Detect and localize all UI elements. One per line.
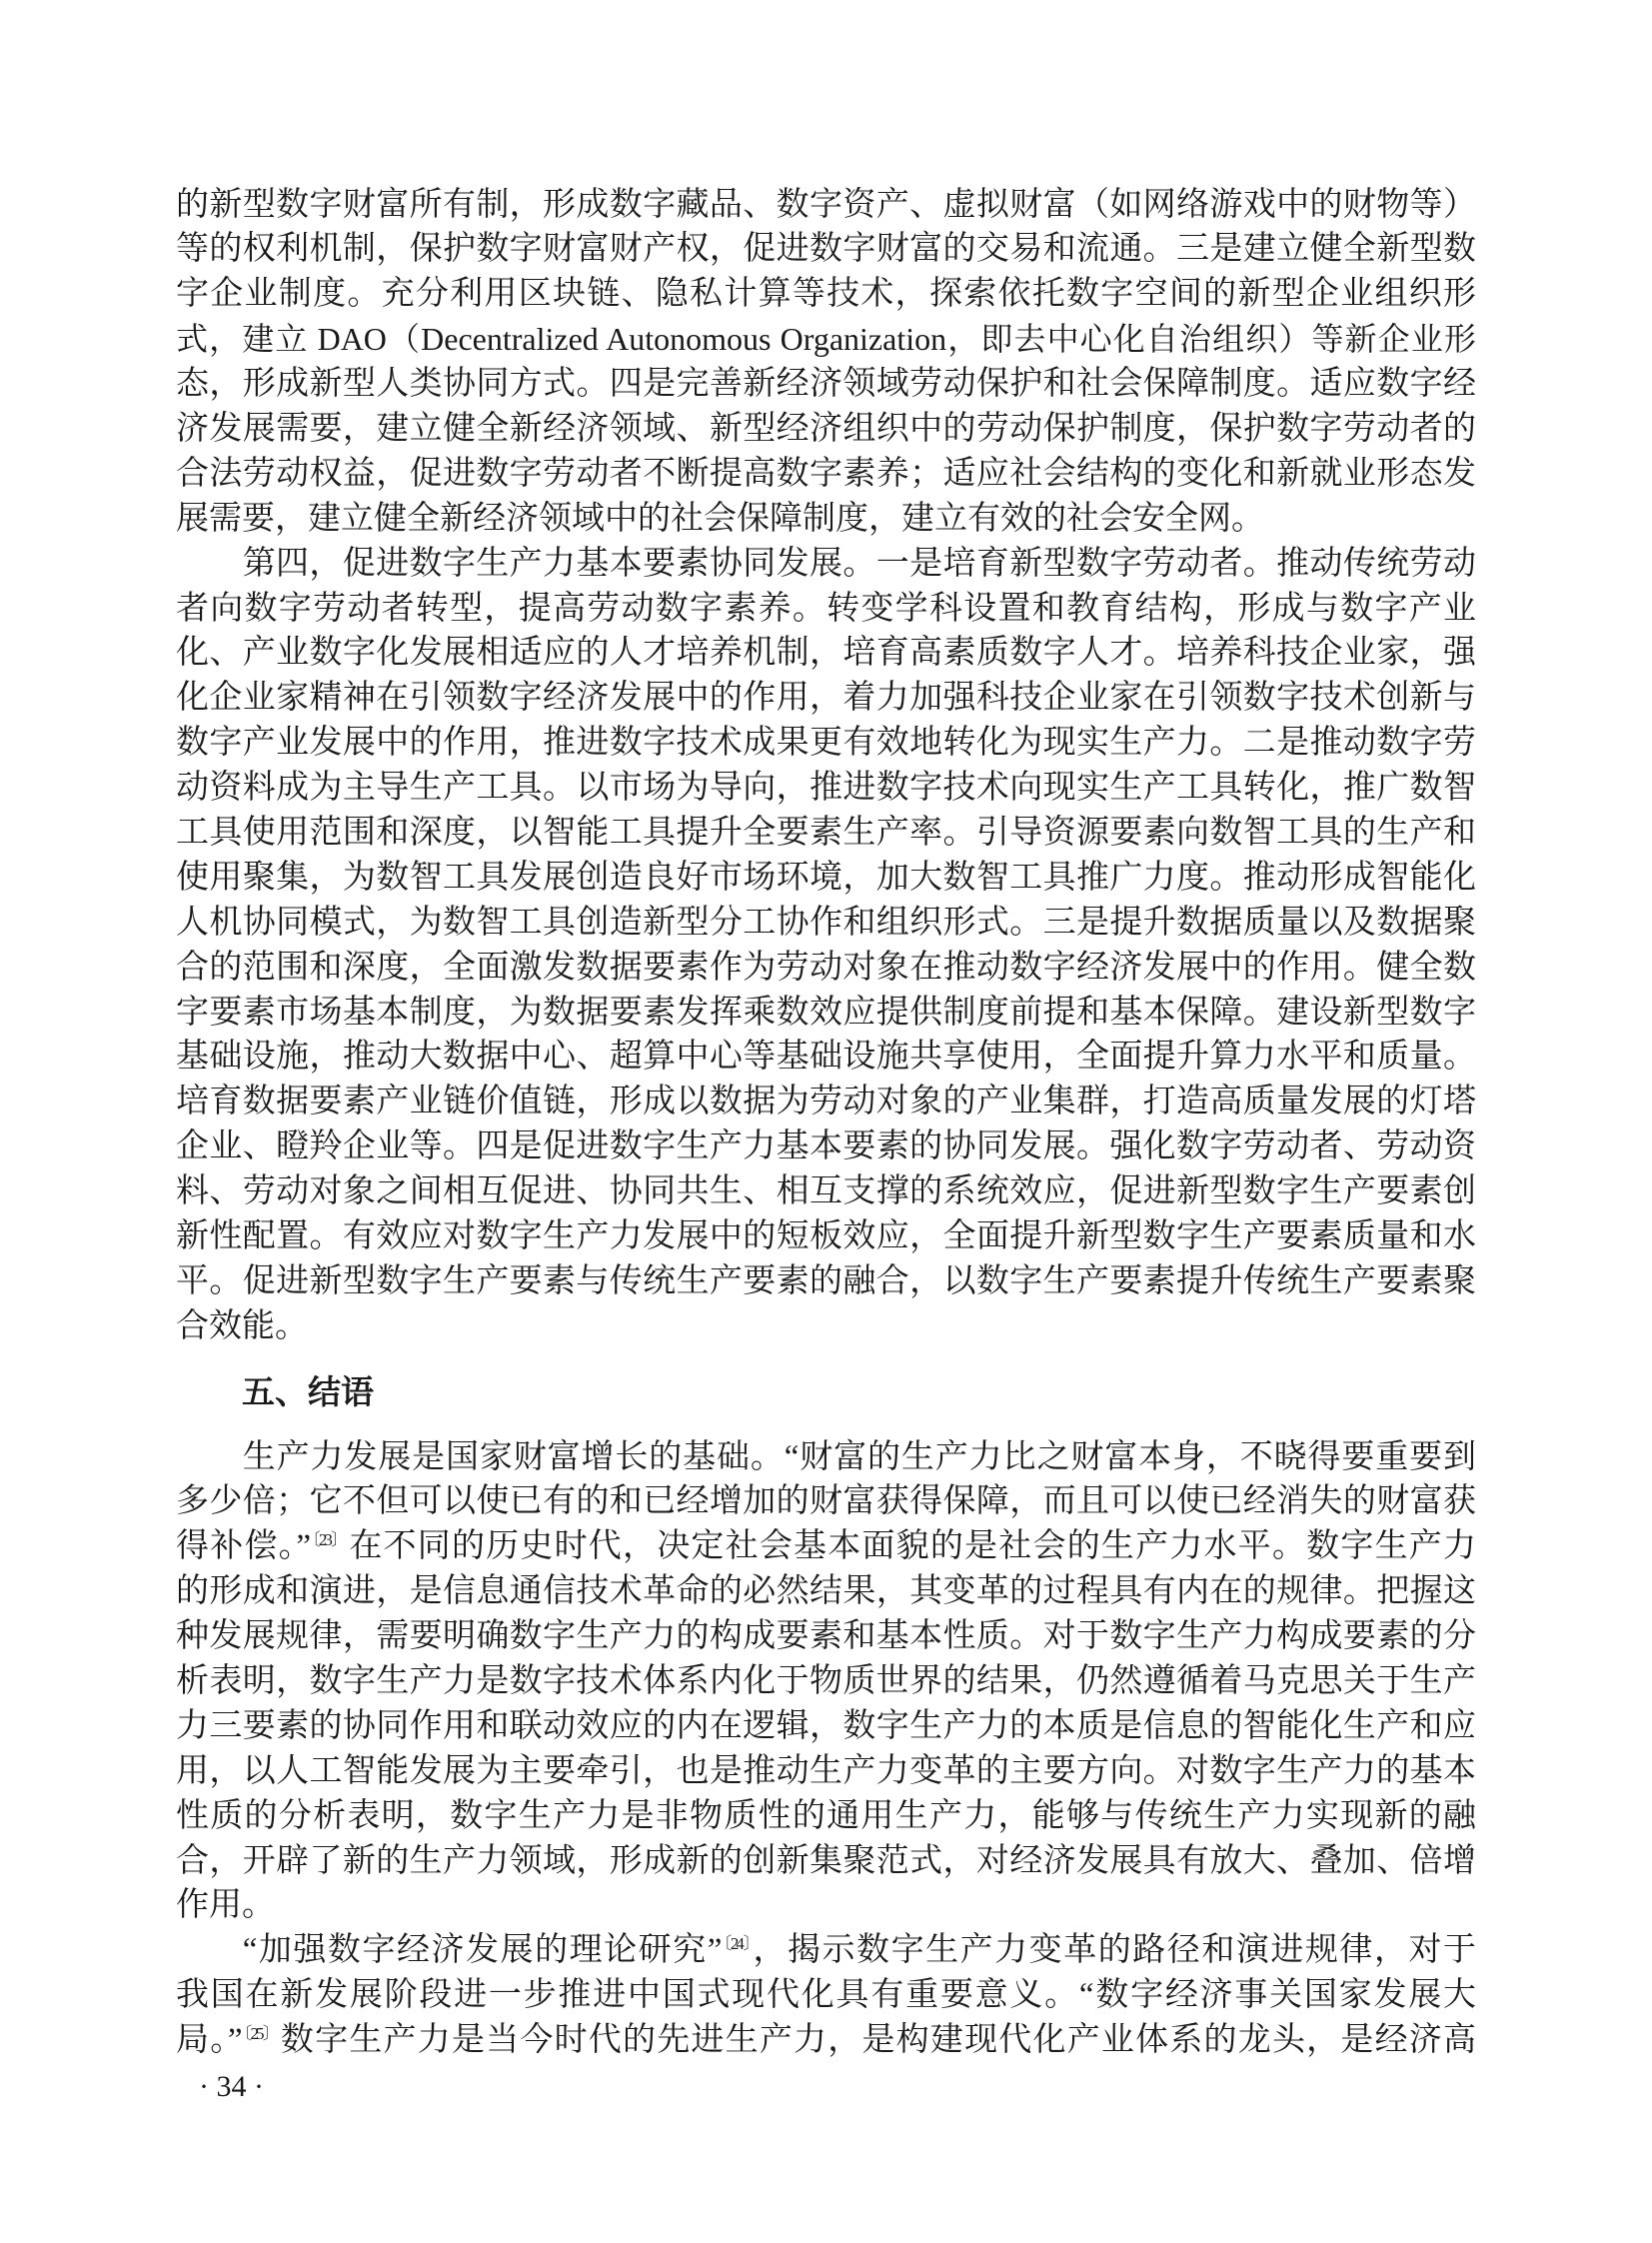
text-line: 多少倍；它不但可以使已有的和已经增加的财富获得保障，而且可以使已经消失的财富获 [176,1479,1476,1524]
text-segment: ，揭示数字生产力变革的路径和演进规律，对于 [753,1932,1476,1968]
text-line: 数字产业发展中的作用，推进数字技术成果更有效地转化为现实生产力。二是推动数字劳 [176,721,1476,766]
text-line: 我国在新发展阶段进一步推进中国式现代化具有重要意义。“数字经济事关国家发展大 [176,1973,1476,2018]
text-line: 培育数据要素产业链价值链，形成以数据为劳动对象的产业集群，打造高质量发展的灯塔 [176,1080,1476,1124]
page-number: · 34 · [199,2072,264,2102]
text-segment: 在不同的历史时代，决定社会基本面貌的是社会的生产力水平。数字生产力 [349,1528,1476,1564]
text-line: 力三要素的协同作用和联动效应的内在逻辑，数字生产力的本质是信息的智能化生产和应 [176,1704,1476,1749]
text-line: 展需要，建立健全新经济领域中的社会保障制度，建立有效的社会安全网。 [176,497,1476,542]
text-line: “加强数字经济发展的理论研究”〔24〕，揭示数字生产力变革的路径和演进规律，对于 [176,1928,1476,1973]
text-line: 工具使用范围和深度，以智能工具提升全要素生产率。引导资源要素向数智工具的生产和 [176,811,1476,856]
text-line: 化企业家精神在引领数字经济发展中的作用，着力加强科技企业家在引领数字技术创新与 [176,676,1476,721]
text-line: 字企业制度。充分利用区块链、隐私计算等技术，探索依托数字空间的新型企业组织形 [176,272,1476,317]
text-line: 态，形成新型人类协同方式。四是完善新经济领域劳动保护和社会保障制度。适应数字经 [176,362,1476,407]
text-line: 得补偿。”〔23〕在不同的历史时代，决定社会基本面貌的是社会的生产力水平。数字生… [176,1524,1476,1569]
text-line: 企业、瞪羚企业等。四是促进数字生产力基本要素的协同发展。强化数字劳动者、劳动资 [176,1124,1476,1169]
text-line: 字要素市场基本制度，为数据要素发挥乘数效应提供制度前提和基本保障。建设新型数字 [176,991,1476,1036]
text-line: 析表明，数字生产力是数字技术体系内化于物质世界的结果，仍然遵循着马克思关于生产 [176,1659,1476,1704]
text-line: 动资料成为主导生产工具。以市场为导向，推进数字技术向现实生产工具转化，推广数智 [176,766,1476,811]
text-line: 济发展需要，建立健全新经济领域、新型经济组织中的劳动保护制度，保护数字劳动者的 [176,407,1476,452]
text-line: 用，以人工智能发展为主要牵引，也是推动生产力变革的主要方向。对数字生产力的基本 [176,1749,1476,1794]
text-line: 基础设施，推动大数据中心、超算中心等基础设施共享使用，全面提升算力水平和质量。 [176,1035,1476,1080]
text-line: 种发展规律，需要明确数字生产力的构成要素和基本性质。对于数字生产力构成要素的分 [176,1614,1476,1659]
text-segment: 得补偿。” [176,1528,311,1564]
paragraph-conclusion-1: 生产力发展是国家财富增长的基础。“财富的生产力比之财富本身，不晓得要重要到 多少… [176,1435,1476,1929]
text-line: 料、劳动对象之间相互促进、协同共生、相互支撑的系统效应，促进新型数字生产要素创 [176,1169,1476,1214]
text-line: 合的范围和深度，全面激发数据要素作为劳动对象在推动数字经济发展中的作用。健全数 [176,946,1476,991]
text-line: 新性配置。有效应对数字生产力发展中的短板效应，全面提升新型数字生产要素质量和水 [176,1214,1476,1259]
paragraph-fourth: 第四，促进数字生产力基本要素协同发展。一是培育新型数字劳动者。推动传统劳动 者向… [176,542,1476,1349]
text-line: 作用。 [176,1883,1476,1928]
text-line: 合效能。 [176,1304,1476,1349]
text-line: 人机协同模式，为数智工具创造新型分工协作和组织形式。三是提升数据质量以及数据聚 [176,901,1476,946]
text-line: 者向数字劳动者转型，提高劳动数字素养。转变学科设置和教育结构，形成与数字产业 [176,587,1476,632]
citation-ref: 〔24〕 [722,1934,750,1953]
text-line: 使用聚集，为数智工具发展创造良好市场环境，加大数智工具推广力度。推动形成智能化 [176,856,1476,901]
text-line: 等的权利机制，保护数字财富财产权，促进数字财富的交易和流通。三是建立健全新型数 [176,227,1476,272]
journal-page: 的新型数字财富所有制，形成数字藏品、数字资产、虚拟财富（如网络游戏中的财物等） … [0,0,1652,2243]
text-line: 第四，促进数字生产力基本要素协同发展。一是培育新型数字劳动者。推动传统劳动 [176,542,1476,587]
text-line: 式，建立 DAO（Decentralized Autonomous Organi… [176,317,1476,362]
text-line: 性质的分析表明，数字生产力是非物质性的通用生产力，能够与传统生产力实现新的融 [176,1794,1476,1839]
text-segment: “加强数字经济发展的理论研究” [243,1932,723,1968]
text-segment: 数字生产力是当今时代的先进生产力，是构建现代化产业体系的龙头，是经济高 [281,2022,1476,2058]
text-segment: 局。” [176,2022,243,2058]
section-five-body: 生产力发展是国家财富增长的基础。“财富的生产力比之财富本身，不晓得要重要到 多少… [176,1435,1476,2063]
text-line: 合法劳动权益，促进数字劳动者不断提高数字素养；适应社会结构的变化和新就业形态发 [176,452,1476,497]
paragraph-continued: 的新型数字财富所有制，形成数字藏品、数字资产、虚拟财富（如网络游戏中的财物等） … [176,183,1476,542]
text-line: 平。促进新型数字生产要素与传统生产要素的融合，以数字生产要素提升传统生产要素聚 [176,1259,1476,1304]
text-line: 化、产业数字化发展相适应的人才培养机制，培育高素质数字人才。培养科技企业家，强 [176,631,1476,676]
citation-ref: 〔25〕 [243,2024,278,2043]
text-line: 局。”〔25〕数字生产力是当今时代的先进生产力，是构建现代化产业体系的龙头，是经… [176,2018,1476,2063]
citation-ref: 〔23〕 [311,1530,346,1549]
paragraph-conclusion-2: “加强数字经济发展的理论研究”〔24〕，揭示数字生产力变革的路径和演进规律，对于… [176,1928,1476,2063]
text-line: 的新型数字财富所有制，形成数字藏品、数字资产、虚拟财富（如网络游戏中的财物等） [176,183,1476,228]
text-line: 合，开辟了新的生产力领域，形成新的创新集聚范式，对经济发展具有放大、叠加、倍增 [176,1839,1476,1884]
text-line: 生产力发展是国家财富增长的基础。“财富的生产力比之财富本身，不晓得要重要到 [176,1435,1476,1480]
text-line: 的形成和演进，是信息通信技术革命的必然结果，其变革的过程具有内在的规律。把握这 [176,1569,1476,1614]
section-heading: 五、结语 [176,1370,374,1415]
section-four-body: 的新型数字财富所有制，形成数字藏品、数字资产、虚拟财富（如网络游戏中的财物等） … [176,183,1476,1349]
